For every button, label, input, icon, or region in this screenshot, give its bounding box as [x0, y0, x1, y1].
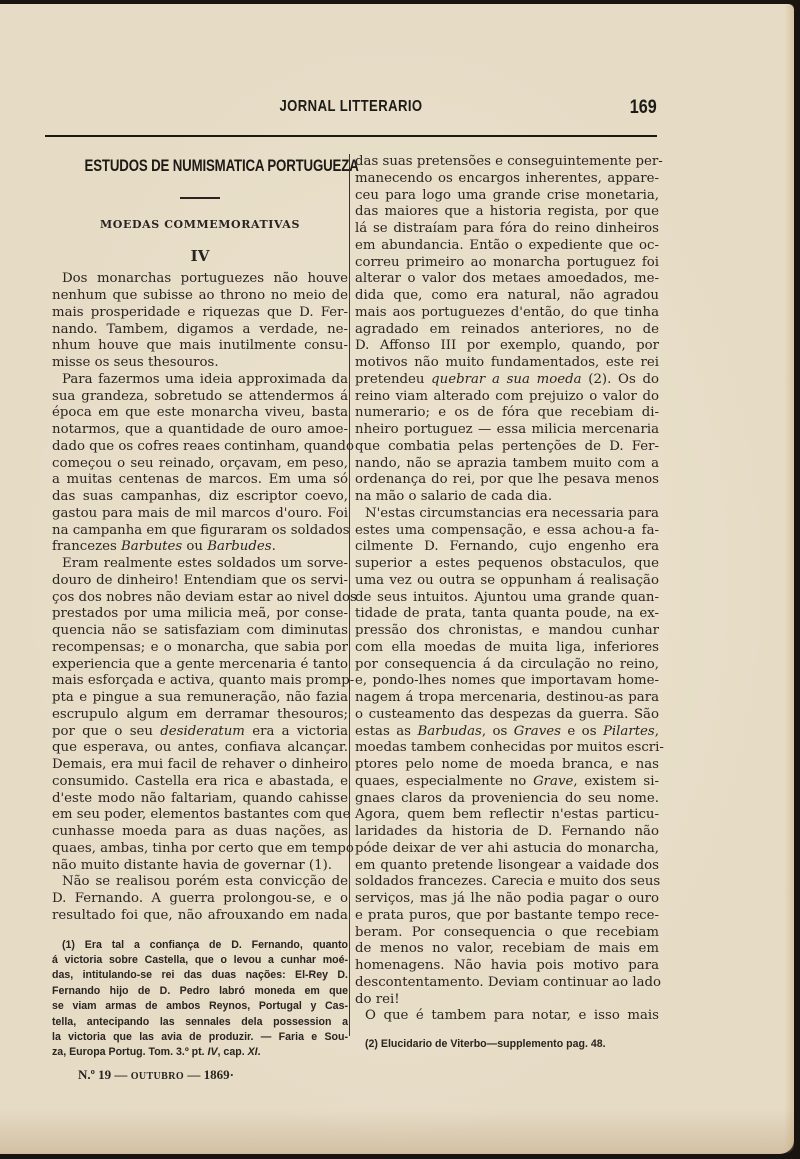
text-line: numerario; e os de fóra que recebiam di-	[355, 405, 659, 422]
issue-number: N.º 19 —	[78, 1067, 127, 1082]
text-line: dado que os cofres reaes continham, quan…	[52, 439, 348, 456]
issue-year: — 1869·	[187, 1067, 234, 1082]
text-line: beram. Por consequencia o que recebiam	[355, 925, 659, 942]
text-line: começou o seu reinado, orçavam, em peso,	[52, 456, 348, 473]
text-line: Eram realmente estes soldados um sorve-	[52, 556, 348, 573]
title-rule	[180, 197, 220, 199]
footnote-1: (1) Era tal a confiança de D. Fernando, …	[52, 938, 348, 1061]
footnote-line: se viam armas de ambos Reynos, Portugal …	[52, 999, 348, 1014]
text-fragment: , existem si-	[573, 774, 659, 789]
text-line: ordenança do rei, por que lhe pesava men…	[355, 472, 659, 489]
issue-month: OUTUBRO	[131, 1071, 184, 1082]
text-line: experiencia que a gente mercenaria é tan…	[52, 657, 348, 674]
text-line: de seus intuitos. Ajuntou uma grande qua…	[355, 590, 659, 607]
text-line: recompensas; e o monarcha, que sabia por	[52, 640, 348, 657]
text-line: laridades da historia de D. Fernando não	[355, 824, 659, 841]
text-line: que esperava, ou antes, confiava alcança…	[52, 740, 348, 757]
text-line: agradado em reinados anteriores, no de	[355, 322, 659, 339]
italic-term: XI	[248, 1046, 258, 1058]
italic-term: Grave	[533, 774, 573, 789]
text-line: prestados por uma milicia meã, por conse…	[52, 606, 348, 623]
text-line: do rei!	[355, 992, 659, 1009]
italic-term: Pilartes	[603, 724, 655, 739]
text-line: a muitas centenas de marcos. Em uma só	[52, 472, 348, 489]
italic-term: Barbudes	[207, 539, 271, 554]
text-fragment: francezes	[52, 539, 121, 554]
text-line: Dos monarchas portuguezes não houve	[52, 271, 348, 288]
text-line: gnaes claros da proveniencia do seu nome…	[355, 791, 659, 808]
text-line: com ella moedas de muita liga, inferiore…	[355, 640, 659, 657]
text-line: quaes, especialmente no Grave, existem s…	[355, 774, 659, 791]
text-line: reino viam alterado com prejuizo o valor…	[355, 389, 659, 406]
text-line: homenagens. Não havia pois motivo para	[355, 958, 659, 975]
text-line: soldados francezes. Carecia e muito dos …	[355, 874, 659, 891]
text-line: na mão o salario de cada dia.	[355, 489, 659, 506]
footnote-line: das, intitulando-se rei das duas nações:…	[52, 968, 348, 983]
left-column: ESTUDOS DE NUMISMATICA PORTUGUEZA MOEDAS…	[52, 154, 348, 1086]
text-line: em quanto pretende lisongear a vaidade d…	[355, 858, 659, 875]
issue-info: N.º 19 — OUTUBRO — 1869·	[52, 1067, 348, 1086]
text-fragment: .	[258, 1046, 261, 1058]
text-line: quaes, ambas, tinha por certo que em tem…	[52, 841, 348, 858]
text-line: correu primeiro ao monarcha portuguez fo…	[355, 255, 659, 272]
page-edge-shadow	[784, 4, 794, 1154]
text-line: pressão dos chronistas, e mandou cunhar	[355, 623, 659, 640]
text-line: cunhasse moeda para as duas nações, as	[52, 824, 348, 841]
text-fragment: ,	[655, 724, 659, 739]
footnote-line: la victoria que las avia de produzir. — …	[52, 1030, 348, 1045]
text-line: resultado foi que, não afrouxando em nad…	[52, 908, 348, 925]
journal-title: JORNAL LITTERARIO	[100, 98, 602, 116]
text-line: lá se distraíam para fóra do reino dinhe…	[355, 221, 659, 238]
text-line: Agora, quem bem reflectir n'estas partic…	[355, 807, 659, 824]
text-line: não muito distante havia de governar (1)…	[52, 858, 348, 875]
footnote-line: (2) Elucidario de Viterbo—supplemento pa…	[355, 1037, 659, 1052]
text-line: notarmos, que a quantidade de ouro amoe-	[52, 422, 348, 439]
text-line: douro de dinheiro! Entendiam que os serv…	[52, 573, 348, 590]
text-line: motivos não muito fundamentados, este re…	[355, 355, 659, 372]
left-body-text: Dos monarchas portuguezes não houve nenh…	[52, 271, 348, 924]
text-line: Demais, era mui facil de rehaver o dinhe…	[52, 757, 348, 774]
text-line: descontentamento. Deviam continuar ao la…	[355, 975, 659, 992]
article-title: ESTUDOS DE NUMISMATICA PORTUGUEZA	[85, 158, 316, 175]
text-line: por consequencia á da circulação no rein…	[355, 657, 659, 674]
text-fragment: por que o seu	[52, 724, 160, 739]
text-line: das maiores que a historia regista, por …	[355, 204, 659, 221]
text-line: D. Affonso III por exemplo, quando, por	[355, 338, 659, 355]
text-line: nando, não se aprazia tambem muito com a	[355, 456, 659, 473]
page-number: 169	[630, 97, 657, 119]
text-fragment: , os	[482, 724, 514, 739]
text-line: que combatia pelas pertenções de D. Fer-	[355, 439, 659, 456]
text-line: póde deixar de ver ahi astucia do monarc…	[355, 841, 659, 858]
text-line: em seu poder, elementos bastantes com qu…	[52, 807, 348, 824]
right-body-text: das suas pretensões e conseguintemente p…	[355, 154, 659, 1025]
text-line: o custeamento das despezas da guerra. Sã…	[355, 707, 659, 724]
text-line: d'este modo não faltariam, quando cahiss…	[52, 791, 348, 808]
text-fragment: (2). Os do	[582, 372, 659, 387]
italic-term: desideratum	[160, 724, 245, 739]
text-line: ceu para logo uma grande crise monetaria…	[355, 188, 659, 205]
italic-term: IV	[208, 1046, 218, 1058]
italic-term: quebrar a sua moeda	[431, 372, 581, 387]
text-line: pta e pingue a sua remuneração, não fazi…	[52, 690, 348, 707]
text-line: nhum houve que mais inutilmente consu-	[52, 338, 348, 355]
text-fragment: pretendeu	[355, 372, 431, 387]
footnote-2: (2) Elucidario de Viterbo—supplemento pa…	[355, 1037, 659, 1052]
text-line: nando. Tambem, digamos a verdade, ne-	[52, 322, 348, 339]
text-fragment: quaes, especialmente no	[355, 774, 533, 789]
header-rule	[45, 135, 657, 137]
footnote-line: za, Europa Portug. Tom. 3.º pt. IV, cap.…	[52, 1045, 348, 1060]
text-line: serviços, mas já lhe não podia pagar o o…	[355, 891, 659, 908]
text-line: gastou para mais de mil marcos d'ouro. F…	[52, 506, 348, 523]
text-line: sua grandeza, sobretudo se attendermos á	[52, 389, 348, 406]
footnote-line: Fernando hijo de D. Pedro labró moneda e…	[52, 984, 348, 999]
text-fragment: e os	[561, 724, 603, 739]
text-line: nheiro portuguez — essa milicia mercenar…	[355, 422, 659, 439]
text-fragment: .	[272, 539, 276, 554]
text-line: tidade de prata, tanta quanta poude, na …	[355, 606, 659, 623]
right-column: das suas pretensões e conseguintemente p…	[355, 154, 659, 1052]
footnote-line: tella, antecipando las sennales dela pos…	[52, 1015, 348, 1030]
text-fragment: za, Europa Portug. Tom. 3.º pt.	[52, 1046, 208, 1058]
text-line: das suas campanhas, diz escriptor coevo,	[52, 489, 348, 506]
text-line: nagem á tropa mercenaria, destinou-as pa…	[355, 690, 659, 707]
text-line: moedas tambem conhecidas por muitos escr…	[355, 740, 659, 757]
text-line: e, pondo-lhes nomes que importavam home-	[355, 673, 659, 690]
text-line: manecendo os encargos inherentes, appare…	[355, 171, 659, 188]
text-line: das suas pretensões e conseguintemente p…	[355, 154, 659, 171]
italic-term: Barbutes	[121, 539, 182, 554]
text-fragment: era a victoria	[245, 724, 348, 739]
text-line: quencia não se satisfaziam com diminutas	[52, 623, 348, 640]
text-fragment: ou	[182, 539, 207, 554]
italic-term: Graves	[514, 724, 561, 739]
text-line: em abundancia. Então o expediente que oc…	[355, 238, 659, 255]
text-line: de menos no valor, recebiam de mais em	[355, 941, 659, 958]
text-line: N'estas circumstancias era necessaria pa…	[355, 506, 659, 523]
text-line: O que é tambem para notar, e isso mais	[355, 1008, 659, 1025]
text-fragment: estas as	[355, 724, 417, 739]
footnote-line: á victoria sobre Castella, que o levou a…	[52, 953, 348, 968]
text-line: uma vez ou outra se oppunham á realisaçã…	[355, 573, 659, 590]
text-line: pretendeu quebrar a sua moeda (2). Os do	[355, 372, 659, 389]
text-line: escrupulo algum em derramar thesouros;	[52, 707, 348, 724]
text-line: cilmente D. Fernando, cujo engenho era	[355, 539, 659, 556]
page-header: JORNAL LITTERARIO 169	[45, 96, 657, 124]
text-line: Não se realisou porém esta convicção de	[52, 874, 348, 891]
text-line: mais prosperidade e riquezas que D. Fer-	[52, 305, 348, 322]
text-line: época em que este monarcha viveu, basta	[52, 405, 348, 422]
text-line: superior a estes pequenos obstaculos, qu…	[355, 556, 659, 573]
text-line: misse os seus thesouros.	[52, 355, 348, 372]
text-line: ços dos nobres não deviam estar ao nivel…	[52, 590, 348, 607]
article-subtitle: MOEDAS COMMEMORATIVAS	[52, 217, 348, 234]
text-line: nenhum que subisse ao throno no meio de	[52, 288, 348, 305]
text-line: D. Fernando. A guerra prolongou-se, e o	[52, 891, 348, 908]
text-line: Para fazermos uma ideia approximada da	[52, 372, 348, 389]
text-line: francezes Barbutes ou Barbudes.	[52, 539, 348, 556]
text-line: na campanha em que figuraram os soldados	[52, 523, 348, 540]
text-line: mais aos portuguezes d'então, do que tin…	[355, 305, 659, 322]
italic-term: Barbudas	[417, 724, 481, 739]
text-line: alterar o valor dos metaes amoedados, me…	[355, 271, 659, 288]
text-line: estas as Barbudas, os Graves e os Pilart…	[355, 724, 659, 741]
text-line: dida que, como era natural, não agradou	[355, 288, 659, 305]
footnote-line: (1) Era tal a confiança de D. Fernando, …	[52, 938, 348, 953]
text-line: consumido. Castella era rica e abastada,…	[52, 774, 348, 791]
text-fragment: , cap.	[218, 1046, 248, 1058]
newspaper-page: JORNAL LITTERARIO 169 ESTUDOS DE NUMISMA…	[0, 4, 794, 1154]
text-line: ptores pelo nome de moeda branca, e nas	[355, 757, 659, 774]
text-line: e prata puros, que por bastante tempo re…	[355, 908, 659, 925]
text-line: estes uma compensação, e essa achou-a fa…	[355, 523, 659, 540]
text-line: mais esforçada e activa, quanto mais pro…	[52, 673, 348, 690]
section-number: IV	[52, 248, 348, 265]
text-line: por que o seu desideratum era a victoria	[52, 724, 348, 741]
